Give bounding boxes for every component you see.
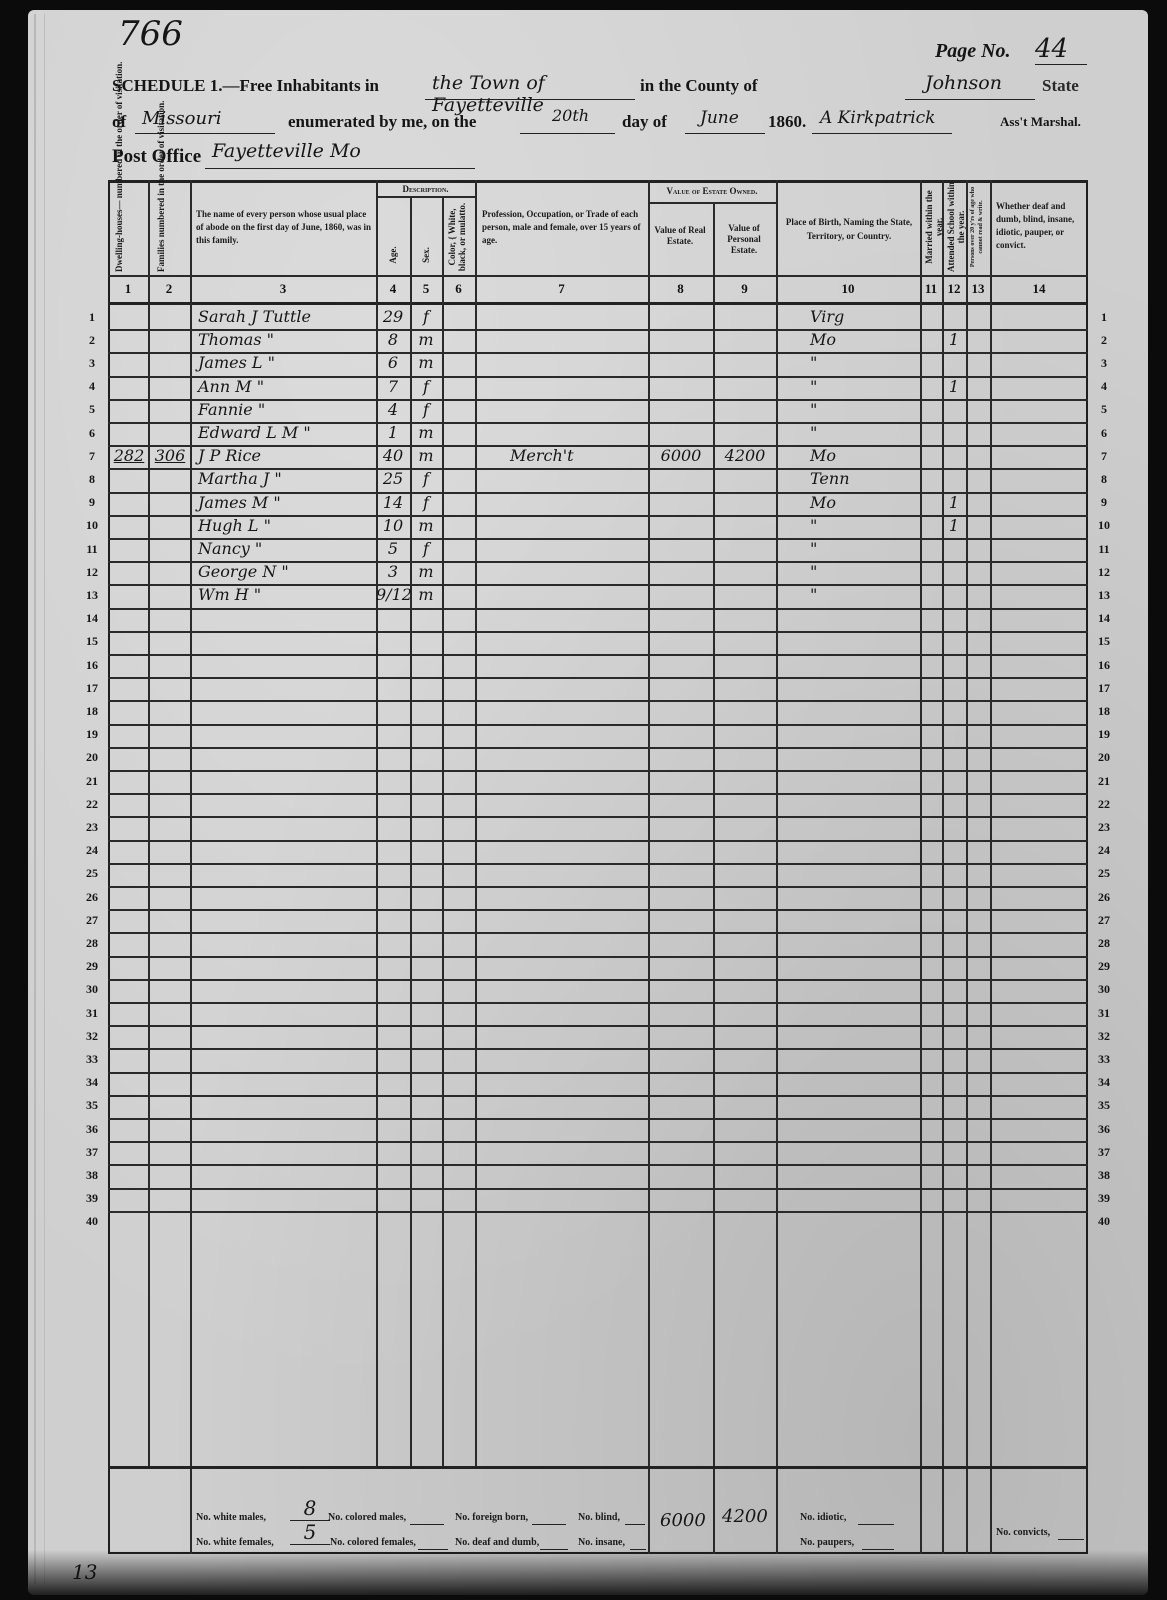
line-number-left: 37: [80, 1145, 104, 1160]
schedule-title: SCHEDULE 1.—Free Inhabitants in: [112, 76, 379, 102]
line-number-right: 40: [1092, 1214, 1116, 1229]
col-num-10: 10: [776, 281, 920, 297]
cell-age: 14: [376, 493, 410, 512]
page-number-label: Page No.: [935, 40, 1011, 63]
col-1-header: Dwelling-houses— numbered in the order o…: [114, 182, 124, 272]
line-number-right: 30: [1092, 982, 1116, 997]
cell-birthplace: Mo: [810, 446, 950, 465]
line-number-left: 3: [80, 356, 104, 371]
line-number-left: 17: [80, 681, 104, 696]
col-num-6: 6: [442, 281, 475, 297]
col-num-8: 8: [648, 281, 713, 297]
county-label: in the County of: [640, 76, 758, 102]
cell-name: James L ": [198, 353, 374, 372]
day-value: 20th: [552, 106, 589, 125]
line-number-left: 38: [80, 1168, 104, 1183]
page-number: 44: [1035, 34, 1087, 65]
cell-birthplace: ": [810, 539, 950, 558]
line-number-right: 1: [1092, 310, 1116, 325]
col-num-12: 12: [942, 281, 966, 297]
cell-name: Nancy ": [198, 539, 374, 558]
line-number-right: 33: [1092, 1052, 1116, 1067]
cell-name: Thomas ": [198, 330, 374, 349]
white-males-label: No. white males,: [196, 1512, 266, 1523]
line-number-right: 25: [1092, 866, 1116, 881]
line-number-left: 26: [80, 890, 104, 905]
line-number-left: 9: [80, 495, 104, 510]
line-number-right: 36: [1092, 1122, 1116, 1137]
cell-name: Hugh L ": [198, 516, 374, 535]
line-number-left: 12: [80, 565, 104, 580]
line-number-left: 22: [80, 797, 104, 812]
line-number-left: 15: [80, 634, 104, 649]
line-number-right: 32: [1092, 1029, 1116, 1044]
col-num-4: 4: [376, 281, 410, 297]
line-number-right: 16: [1092, 658, 1116, 673]
col-num-11: 11: [920, 281, 942, 297]
col-14-header: Whether deaf and dumb, blind, insane, id…: [996, 200, 1084, 252]
line-number-left: 25: [80, 866, 104, 881]
marshal-label: Ass't Marshal.: [1000, 114, 1081, 130]
line-number-right: 22: [1092, 797, 1116, 812]
line-number-right: 14: [1092, 611, 1116, 626]
line-number-left: 8: [80, 472, 104, 487]
col-10-header: Place of Birth, Naming the State, Territ…: [782, 215, 916, 243]
cell-name: James M ": [198, 493, 374, 512]
estate-group-header: Value of Estate Owned.: [648, 186, 776, 197]
cell-birthplace: Mo: [810, 493, 950, 512]
col-2-header: Families numbered in the order of visita…: [156, 182, 166, 272]
cell-birthplace: ": [810, 423, 950, 442]
scan-shadow: [0, 1550, 1167, 1600]
idiotic-label: No. idiotic,: [800, 1512, 846, 1523]
col-num-7: 7: [475, 281, 648, 297]
cell-sex: f: [410, 400, 442, 419]
cell-age: 40: [376, 446, 410, 465]
cell-name: Sarah J Tuttle: [198, 307, 374, 326]
cell-name: Ann M ": [198, 377, 374, 396]
cell-sex: m: [410, 585, 442, 604]
line-number-right: 18: [1092, 704, 1116, 719]
line-number-left: 13: [80, 588, 104, 603]
line-number-left: 40: [80, 1214, 104, 1229]
foreign-born-label: No. foreign born,: [455, 1512, 528, 1523]
line-number-right: 21: [1092, 774, 1116, 789]
cell-age: 4: [376, 400, 410, 419]
cell-name: J P Rice: [198, 446, 374, 465]
col-num-9: 9: [713, 281, 776, 297]
cell-age: 10: [376, 516, 410, 535]
line-number-right: 28: [1092, 936, 1116, 951]
line-number-left: 29: [80, 959, 104, 974]
col-num-13: 13: [966, 281, 990, 297]
line-number-right: 20: [1092, 750, 1116, 765]
line-number-left: 10: [80, 518, 104, 533]
month-value: June: [700, 108, 739, 128]
line-number-right: 19: [1092, 727, 1116, 742]
cell-name: Wm H ": [198, 585, 374, 604]
line-number-left: 11: [80, 542, 104, 557]
line-number-right: 4: [1092, 379, 1116, 394]
cell-birthplace: Tenn: [810, 469, 950, 488]
cell-age: 3: [376, 562, 410, 581]
line-number-right: 5: [1092, 402, 1116, 417]
line-number-right: 27: [1092, 913, 1116, 928]
cell-sex: f: [410, 307, 442, 326]
cell-sex: m: [410, 353, 442, 372]
line-number-right: 26: [1092, 890, 1116, 905]
cell-name: Martha J ": [198, 469, 374, 488]
cell-birthplace: ": [810, 377, 950, 396]
line-number-right: 2: [1092, 333, 1116, 348]
state-label: State: [1042, 76, 1079, 102]
cell-birthplace: ": [810, 516, 950, 535]
state-value: Missouri: [142, 108, 221, 129]
line-number-left: 18: [80, 704, 104, 719]
cell-birthplace: Virg: [810, 307, 950, 326]
line-number-right: 31: [1092, 1006, 1116, 1021]
post-office-value: Fayetteville Mo: [212, 140, 361, 162]
col-8-header: Value of Real Estate.: [650, 225, 710, 247]
line-number-right: 8: [1092, 472, 1116, 487]
cell-sex: m: [410, 446, 442, 465]
paupers-label: No. paupers,: [800, 1537, 854, 1548]
line-number-right: 37: [1092, 1145, 1116, 1160]
cell-school: 1: [942, 377, 966, 396]
cell-birthplace: ": [810, 400, 950, 419]
cell-name: Fannie ": [198, 400, 374, 419]
cell-sex: f: [410, 493, 442, 512]
cell-age: 8: [376, 330, 410, 349]
line-number-left: 39: [80, 1191, 104, 1206]
white-males-count: 8: [290, 1496, 330, 1521]
col-7-header: Profession, Occupation, or Trade of each…: [482, 208, 642, 247]
col-num-2: 2: [148, 281, 190, 297]
line-number-right: 15: [1092, 634, 1116, 649]
line-number-left: 4: [80, 379, 104, 394]
line-number-right: 3: [1092, 356, 1116, 371]
line-number-right: 13: [1092, 588, 1116, 603]
line-number-left: 19: [80, 727, 104, 742]
cell-school: 1: [942, 493, 966, 512]
cell-age: 1: [376, 423, 410, 442]
cell-name: George N ": [198, 562, 374, 581]
cell-age: 9/12: [376, 585, 410, 604]
cell-name: Edward L M ": [198, 423, 374, 442]
deaf-dumb-label: No. deaf and dumb,: [455, 1537, 539, 1548]
line-number-left: 31: [80, 1006, 104, 1021]
line-number-left: 7: [80, 449, 104, 464]
cell-birthplace: Mo: [810, 330, 950, 349]
line-number-left: 2: [80, 333, 104, 348]
colored-females-label: No. colored females,: [330, 1537, 416, 1548]
line-number-left: 28: [80, 936, 104, 951]
cell-dwelling: 282: [110, 446, 148, 465]
line-number-left: 30: [80, 982, 104, 997]
sheet-edge: [34, 14, 45, 1584]
convicts-label: No. convicts,: [996, 1527, 1050, 1538]
line-number-left: 5: [80, 402, 104, 417]
description-group-header: Description.: [376, 184, 475, 195]
line-number-right: 6: [1092, 426, 1116, 441]
line-number-left: 1: [80, 310, 104, 325]
line-number-left: 32: [80, 1029, 104, 1044]
line-number-right: 7: [1092, 449, 1116, 464]
line-number-right: 38: [1092, 1168, 1116, 1183]
personal-estate-total: 4200: [722, 1506, 768, 1527]
sheet-number: 766: [118, 14, 183, 54]
white-females-label: No. white females,: [196, 1537, 274, 1548]
col-11-header: Married within the year.: [924, 182, 944, 272]
cell-personal-estate: 4200: [714, 446, 776, 465]
cell-sex: m: [410, 423, 442, 442]
line-number-right: 39: [1092, 1191, 1116, 1206]
col-num-3: 3: [190, 281, 376, 297]
cell-occupation: Merch't: [510, 446, 660, 465]
county-value: Johnson: [925, 72, 1002, 94]
day-of-label: day of: [622, 112, 667, 132]
line-number-left: 24: [80, 843, 104, 858]
line-number-right: 24: [1092, 843, 1116, 858]
line-number-left: 14: [80, 611, 104, 626]
cell-school: 1: [942, 516, 966, 535]
line-number-left: 16: [80, 658, 104, 673]
colored-males-label: No. colored males,: [328, 1512, 406, 1523]
line-number-right: 34: [1092, 1075, 1116, 1090]
col-num-5: 5: [410, 281, 442, 297]
col-num-14: 14: [990, 281, 1088, 297]
col-13-header: Persons over 20 y'rs of age who cannot r…: [969, 182, 985, 272]
cell-age: 7: [376, 377, 410, 396]
cell-birthplace: ": [810, 353, 950, 372]
marshal-name: A Kirkpatrick: [820, 108, 935, 128]
col-9-header: Value of Personal Estate.: [715, 223, 773, 256]
place-value: the Town of Fayetteville: [432, 72, 632, 116]
line-number-right: 17: [1092, 681, 1116, 696]
cell-birthplace: ": [810, 585, 950, 604]
line-number-left: 6: [80, 426, 104, 441]
cell-school: 1: [942, 330, 966, 349]
cell-sex: f: [410, 377, 442, 396]
col-12-header: Attended School within the year.: [946, 182, 966, 272]
col-3-header: The name of every person whose usual pla…: [196, 208, 371, 247]
cell-age: 29: [376, 307, 410, 326]
line-number-left: 23: [80, 820, 104, 835]
cell-family: 306: [150, 446, 190, 465]
blind-label: No. blind,: [578, 1512, 620, 1523]
cell-birthplace: ": [810, 562, 950, 581]
cell-sex: m: [410, 330, 442, 349]
line-number-right: 12: [1092, 565, 1116, 580]
cell-sex: m: [410, 562, 442, 581]
col-num-1: 1: [108, 281, 148, 297]
line-number-right: 23: [1092, 820, 1116, 835]
cell-age: 5: [376, 539, 410, 558]
line-number-left: 20: [80, 750, 104, 765]
line-number-right: 11: [1092, 542, 1116, 557]
cell-sex: f: [410, 469, 442, 488]
line-number-left: 33: [80, 1052, 104, 1067]
enumerated-label: enumerated by me, on the: [288, 112, 476, 132]
cell-age: 25: [376, 469, 410, 488]
col-4-header: Age.: [388, 240, 398, 270]
col-6-header: Color, { White, black, or mulatto.: [447, 202, 467, 272]
line-number-left: 36: [80, 1122, 104, 1137]
line-number-right: 10: [1092, 518, 1116, 533]
line-number-left: 27: [80, 913, 104, 928]
white-females-count: 5: [290, 1520, 330, 1545]
year-value: 1860.: [768, 112, 806, 132]
cell-age: 6: [376, 353, 410, 372]
real-estate-total: 6000: [660, 1510, 706, 1531]
line-number-left: 21: [80, 774, 104, 789]
cell-sex: m: [410, 516, 442, 535]
line-number-right: 29: [1092, 959, 1116, 974]
cell-sex: f: [410, 539, 442, 558]
line-number-left: 34: [80, 1075, 104, 1090]
line-number-right: 35: [1092, 1098, 1116, 1113]
insane-label: No. insane,: [578, 1537, 625, 1548]
line-number-right: 9: [1092, 495, 1116, 510]
line-number-left: 35: [80, 1098, 104, 1113]
cell-real-estate: 6000: [650, 446, 712, 465]
col-5-header: Sex.: [421, 240, 431, 270]
